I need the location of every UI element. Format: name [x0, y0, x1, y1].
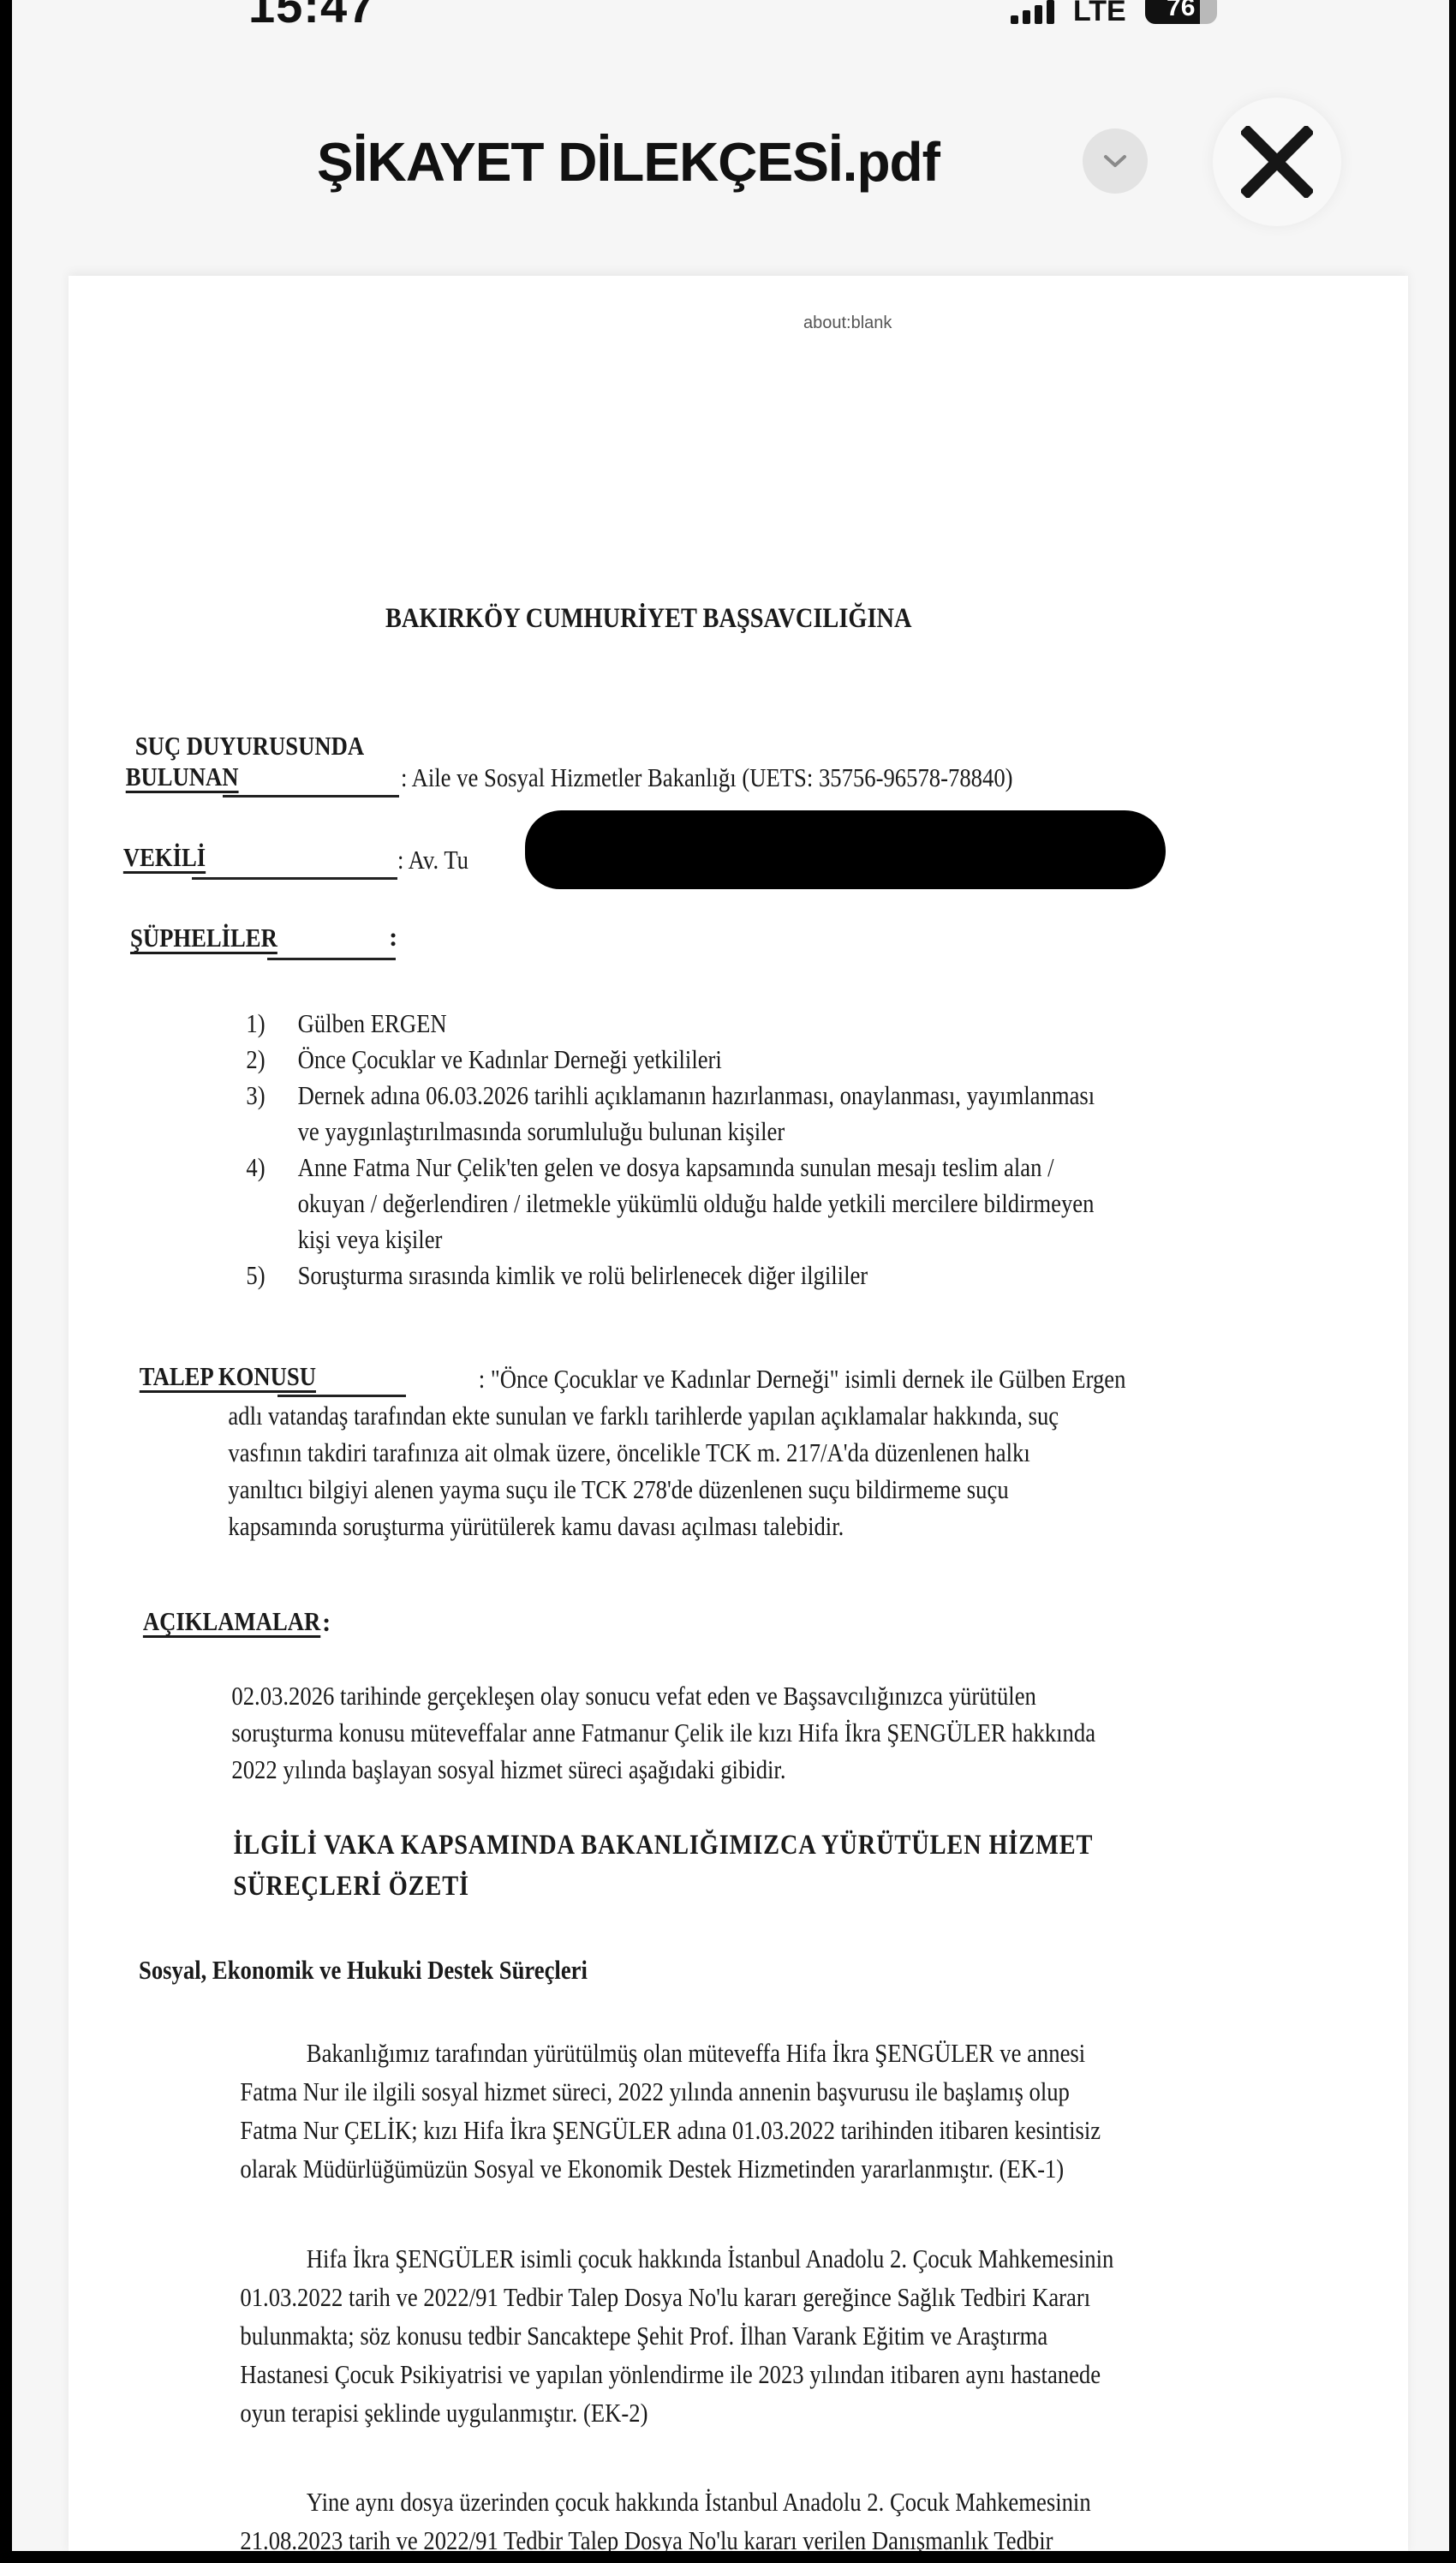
text-line: oyun terapisi şeklinde uygulanmıştır. (E…	[240, 2393, 1449, 2432]
label-underline	[192, 877, 397, 880]
suspect-item: 4)Anne Fatma Nur Çelik'ten gelen ve dosy…	[246, 1150, 1439, 1258]
text-line: : "Önce Çocuklar ve Kadınlar Derneği" is…	[228, 1360, 1449, 1397]
text-line: Hastanesi Çocuk Psikiyatrisi ve yapılan …	[240, 2355, 1449, 2393]
suspect-text: Önce Çocuklar ve Kadınlar Derneği yetkil…	[298, 1042, 1440, 1078]
suspect-item: 3)Dernek adına 06.03.2026 tarihli açıkla…	[246, 1078, 1439, 1150]
text-line: olarak Müdürlüğümüzün Sosyal ve Ekonomik…	[240, 2149, 1449, 2188]
text-line: 01.03.2022 tarih ve 2022/91 Tedbir Talep…	[240, 2278, 1449, 2316]
signal-icon	[1011, 0, 1054, 24]
text-line: yanıltıcı bilgiyi alenen yayma suçu ile …	[228, 1471, 1449, 1508]
suspect-text: Gülben ERGEN	[298, 1006, 1440, 1042]
close-button[interactable]	[1213, 98, 1341, 226]
text-line: 02.03.2026 tarihinde gerçekleşen olay so…	[231, 1677, 1449, 1714]
text-line: soruşturma konusu müteveffalar anne Fatm…	[231, 1714, 1449, 1751]
complainant-label-line1: SUÇ DUYURUSUNDA	[135, 730, 364, 762]
text-line: vasfının takdiri tarafınıza ait olmak üz…	[228, 1434, 1449, 1471]
section-title: İLGİLİ VAKA KAPSAMINDA BAKANLIĞIMIZCA YÜ…	[233, 1825, 1449, 1907]
viewer-header: ŞİKAYET DİLEKÇESİ.pdf	[12, 86, 1449, 240]
text-line: 2022 yılında başlayan sosyal hizmet süre…	[231, 1751, 1449, 1788]
body-paragraph: Hifa İkra ŞENGÜLER isimli çocuk hakkında…	[240, 2239, 1449, 2432]
battery-percent: 76	[1145, 0, 1217, 22]
attorney-label: VEKİLİ	[123, 841, 206, 874]
text-line: Hifa İkra ŞENGÜLER isimli çocuk hakkında…	[240, 2239, 1449, 2278]
request-paragraph: : "Önce Çocuklar ve Kadınlar Derneği" is…	[228, 1360, 1449, 1544]
suspect-text: ve yaygınlaştırılmasında sorumluluğu bul…	[298, 1114, 1440, 1150]
text-line: Yine aynı dosya üzerinden çocuk hakkında…	[240, 2482, 1449, 2521]
text-line: Bakanlığımız tarafından yürütülmüş olan …	[240, 2034, 1449, 2072]
suspect-number: 4)	[246, 1150, 265, 1186]
complainant-label-line2: BULUNAN	[126, 761, 239, 793]
text-line: kapsamında soruşturma yürütülerek kamu d…	[228, 1508, 1449, 1544]
redaction-mark	[525, 810, 1166, 889]
suspects-colon: :	[389, 920, 397, 954]
suspects-label: ŞÜPHELİLER	[130, 922, 277, 954]
complainant-value: : Aile ve Sosyal Hizmetler Bakanlığı (UE…	[401, 761, 1013, 795]
text-line: Fatma Nur ÇELİK; kızı Hifa İkra ŞENGÜLER…	[240, 2111, 1449, 2149]
text-line: SÜREÇLERİ ÖZETİ	[233, 1866, 1449, 1907]
suspect-number: 3)	[246, 1078, 265, 1114]
pdf-page: about:blank BAKIRKÖY CUMHURİYET BAŞSAVCI…	[69, 276, 1408, 2551]
status-time: 15:47	[248, 0, 375, 33]
network-type: LTE	[1073, 0, 1126, 24]
suspect-text: Soruşturma sırasında kimlik ve rolü beli…	[298, 1258, 1440, 1293]
text-line: adlı vatandaş tarafından ekte sunulan ve…	[228, 1397, 1449, 1434]
battery-icon: 76	[1145, 0, 1217, 24]
document-title[interactable]: ŞİKAYET DİLEKÇESİ.pdf	[317, 130, 940, 194]
suspect-text: Anne Fatma Nur Çelik'ten gelen ve dosya …	[298, 1150, 1440, 1186]
suspect-number: 2)	[246, 1042, 265, 1078]
suspect-item: 2)Önce Çocuklar ve Kadınlar Derneği yetk…	[246, 1042, 1439, 1078]
suspect-item: 1)Gülben ERGEN	[246, 1006, 1439, 1042]
phone-screen: 15:47 LTE 76 ŞİKAYET DİLEKÇESİ.pdf about…	[12, 0, 1449, 2551]
suspect-text: okuyan / değerlendiren / iletmekle yüküm…	[298, 1186, 1440, 1222]
text-line: 21.08.2023 tarih ve 2022/91 Tedbir Talep…	[240, 2521, 1449, 2551]
text-line: Fatma Nur ile ilgili sosyal hizmet sürec…	[240, 2072, 1449, 2111]
subsection-title: Sosyal, Ekonomik ve Hukuki Destek Süreçl…	[139, 1953, 588, 1987]
status-icons: LTE 76	[1011, 0, 1217, 24]
explanations-colon: :	[322, 1605, 331, 1640]
suspects-list: 1)Gülben ERGEN2)Önce Çocuklar ve Kadınla…	[246, 1006, 1439, 1293]
chevron-down-icon	[1102, 152, 1128, 170]
body-paragraph: Yine aynı dosya üzerinden çocuk hakkında…	[240, 2482, 1449, 2551]
label-underline	[223, 795, 399, 798]
page-header-url: about:blank	[803, 314, 892, 333]
label-underline	[267, 958, 396, 960]
text-line: bulunmakta; söz konusu tedbir Sancaktepe…	[240, 2316, 1449, 2355]
body-paragraph: Bakanlığımız tarafından yürütülmüş olan …	[240, 2034, 1449, 2188]
title-menu-button[interactable]	[1083, 128, 1148, 194]
suspect-text: Dernek adına 06.03.2026 tarihli açıklama…	[298, 1078, 1440, 1114]
explanations-paragraph: 02.03.2026 tarihinde gerçekleşen olay so…	[231, 1677, 1449, 1788]
close-icon	[1241, 126, 1313, 198]
suspect-text: kişi veya kişiler	[298, 1222, 1440, 1258]
suspect-number: 1)	[246, 1006, 265, 1042]
suspect-number: 5)	[246, 1258, 265, 1293]
text-line: İLGİLİ VAKA KAPSAMINDA BAKANLIĞIMIZCA YÜ…	[233, 1825, 1449, 1866]
suspect-item: 5)Soruşturma sırasında kimlik ve rolü be…	[246, 1258, 1439, 1293]
explanations-label: AÇIKLAMALAR	[143, 1605, 320, 1638]
attorney-value: : Av. Tu	[397, 843, 468, 877]
addressee-heading: BAKIRKÖY CUMHURİYET BAŞSAVCILIĞINA	[385, 601, 911, 636]
